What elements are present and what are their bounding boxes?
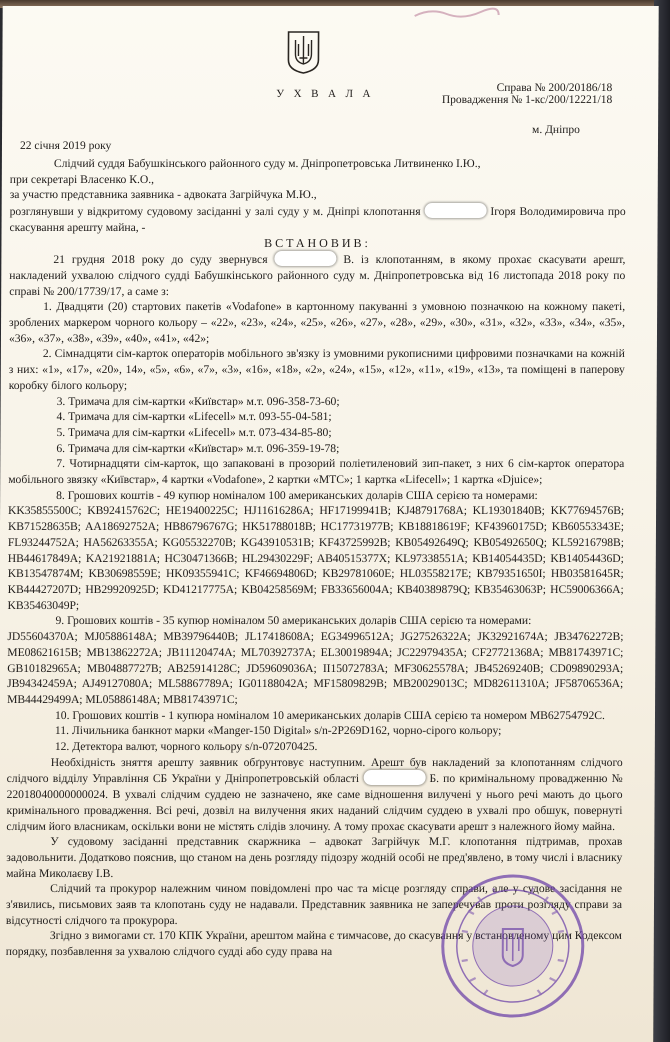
intro-judge: Слідчий суддя Бабушкінського районного с… <box>10 156 626 172</box>
serial-numbers-100: KK35855500C; KB92415762C; HE19400225C; H… <box>8 503 625 613</box>
list-item: 4. Тримача для сім-картки «Lifecell» м.т… <box>9 409 625 425</box>
list-item: 11. Лічильника банкнот марки «Manger-150… <box>7 723 623 739</box>
serial-numbers-50: JD55604370A; MJ05886148A; MB39796440B; J… <box>7 629 623 708</box>
document-date: 22 січня 2019 року <box>20 140 111 152</box>
paragraph-1-start: 21 грудня 2018 року до суду звернувся <box>53 253 267 266</box>
paragraph-4: Слідчий та прокурор належним чином повід… <box>6 881 622 928</box>
list-item: 10. Грошових коштів - 1 купюра номіналом… <box>7 708 623 724</box>
list-item: 1. Двадцяти (20) стартових пакетів «Voda… <box>9 299 625 346</box>
document-body: Слідчий суддя Бабушкінського районного с… <box>6 156 626 960</box>
handwritten-mark <box>411 6 501 18</box>
case-number: Справа № 200/20186/18 <box>412 82 612 94</box>
list-item: 5. Тримача для сім-картки «Lifecell» м.т… <box>8 425 624 441</box>
redaction-blur <box>363 770 425 785</box>
list-item: 6. Тримача для сім-картки «Київстар» м.т… <box>8 441 624 457</box>
list-item: 8. Грошових коштів - 49 купюр номіналом … <box>8 488 624 504</box>
intro-review-text: розглянувши у відкритому судовому засіда… <box>10 205 421 218</box>
list-item: 9. Грошових коштів - 35 купюр номіналом … <box>7 613 623 629</box>
paragraph-5: Згідно з вимогами ст. 170 КПК України, а… <box>6 928 622 959</box>
list-item: 3. Тримача для сім-картки «Київстар» м.т… <box>9 394 625 410</box>
list-item: 7. Чотирнадцяти сім-карток, що запакован… <box>8 456 624 487</box>
intro-secretary: при секретарі Власенко К.О., <box>10 172 626 188</box>
paragraph-1: 21 грудня 2018 року до суду звернувся В.… <box>9 251 625 299</box>
list-item: 12. Детектора валют, чорного кольору s/n… <box>7 739 623 755</box>
paragraph-2: Необхідність зняття арешту заявник обґру… <box>6 755 622 835</box>
city: м. Дніпро <box>532 124 580 136</box>
section-heading: ВСТАНОВИВ: <box>9 236 625 252</box>
list-item: 2. Сімнадцяти сім-карток операторів мобі… <box>9 346 625 393</box>
document-type-label: У Х В А Л А <box>276 88 374 100</box>
intro-review: розглянувши у відкритому судовому засіда… <box>10 203 626 235</box>
redaction-blur <box>424 203 486 218</box>
redaction-blur <box>274 251 336 266</box>
proceeding-number: Провадження № 1-кс/200/12221/18 <box>412 94 612 106</box>
coat-of-arms-trident-icon <box>286 30 320 74</box>
intro-participation: за участю представника заявника - адвока… <box>10 187 626 203</box>
paragraph-3: У судовому засіданні представник скаржни… <box>6 834 622 881</box>
case-info: Справа № 200/20186/18 Провадження № 1-кс… <box>412 82 612 106</box>
document-page: У Х В А Л А Справа № 200/20186/18 Провад… <box>0 6 659 1042</box>
